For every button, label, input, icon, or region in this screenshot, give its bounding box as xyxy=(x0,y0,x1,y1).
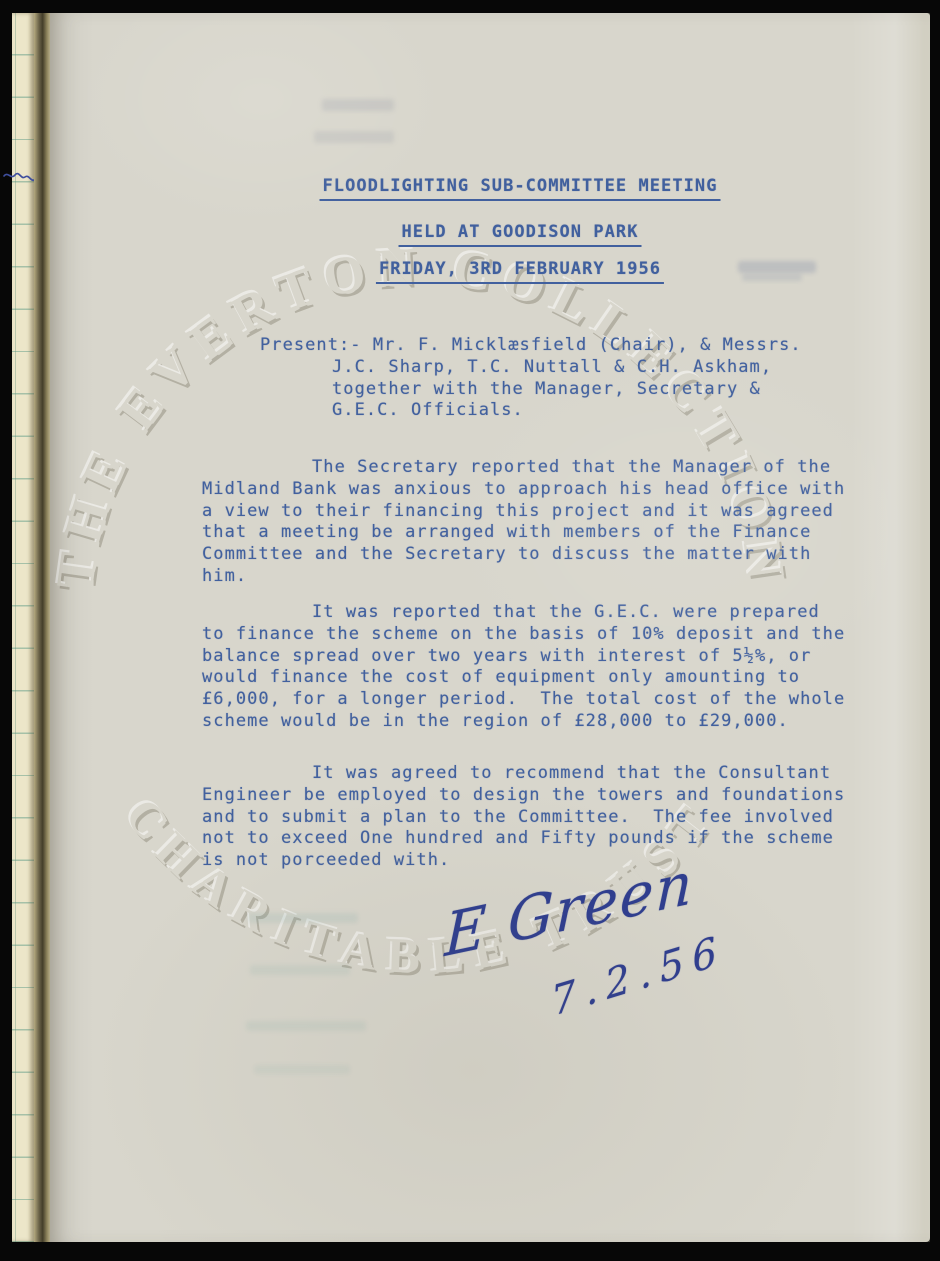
ink-ghost-smudge xyxy=(738,261,816,273)
typed-text-line: to finance the scheme on the basis of 10… xyxy=(202,624,845,646)
typed-text-line: Present:- Mr. F. Micklæsfield (Chair), &… xyxy=(260,335,802,357)
typed-text-line: J.C. Sharp, T.C. Nuttall & C.H. Askham, xyxy=(332,357,802,379)
typed-text-line: balance spread over two years with inter… xyxy=(202,646,845,668)
meeting-title-line-1: FLOODLIGHTING SUB-COMMITTEE MEETING xyxy=(320,176,721,201)
ink-ghost-smudge xyxy=(250,965,350,975)
typed-text-line: scheme would be in the region of £28,000… xyxy=(202,711,845,733)
typed-text-line: and to submit a plan to the Committee. T… xyxy=(202,807,845,829)
meeting-title-line-2: HELD AT GOODISON PARK xyxy=(399,222,642,247)
typed-text-line: would finance the cost of equipment only… xyxy=(202,667,845,689)
scanned-minutes-photo: THE EVERTON COLLECTION CHARITABLE TRUST … xyxy=(0,0,940,1261)
typed-text-line: It was reported that the G.E.C. were pre… xyxy=(202,602,845,624)
typed-text-line: It was agreed to recommend that the Cons… xyxy=(202,763,845,785)
ink-scribble-mark xyxy=(2,166,36,192)
typed-text-line: Midland Bank was anxious to approach his… xyxy=(202,479,845,501)
minutes-paragraph-2: It was reported that the G.E.C. were pre… xyxy=(202,602,845,733)
typed-text-line: together with the Manager, Secretary & xyxy=(332,379,802,401)
typed-text-line: The Secretary reported that the Manager … xyxy=(202,457,845,479)
ink-ghost-smudge xyxy=(248,913,358,923)
document-page: THE EVERTON COLLECTION CHARITABLE TRUST … xyxy=(50,13,930,1242)
typed-text-line: that a meeting be arranged with members … xyxy=(202,522,845,544)
ink-ghost-smudge xyxy=(742,274,802,281)
typed-text-line: £6,000, for a longer period. The total c… xyxy=(202,689,845,711)
typed-text-line: a view to their financing this project a… xyxy=(202,501,845,523)
typed-text-line: is not porceeded with. xyxy=(202,850,845,872)
minutes-paragraph-3: It was agreed to recommend that the Cons… xyxy=(202,763,845,872)
present-attendees-block: Present:- Mr. F. Micklæsfield (Chair), &… xyxy=(260,335,802,422)
typed-text-line: G.E.C. Officials. xyxy=(332,400,802,422)
typed-text-line: not to exceed One hundred and Fifty poun… xyxy=(202,828,845,850)
ink-ghost-smudge xyxy=(322,99,394,111)
notebook-page-edge xyxy=(12,13,34,1242)
typed-text-line: Committee and the Secretary to discuss t… xyxy=(202,544,845,566)
notebook-margin-line xyxy=(15,13,16,1242)
ink-ghost-smudge xyxy=(246,1021,366,1031)
typed-text-line: Engineer be employed to design the tower… xyxy=(202,785,845,807)
ink-ghost-smudge xyxy=(314,131,394,143)
ink-ghost-smudge xyxy=(254,1065,350,1074)
minutes-paragraph-1: The Secretary reported that the Manager … xyxy=(202,457,845,588)
meeting-title-line-3: FRIDAY, 3RD FEBRUARY 1956 xyxy=(376,259,664,284)
typed-text-line: him. xyxy=(202,566,845,588)
